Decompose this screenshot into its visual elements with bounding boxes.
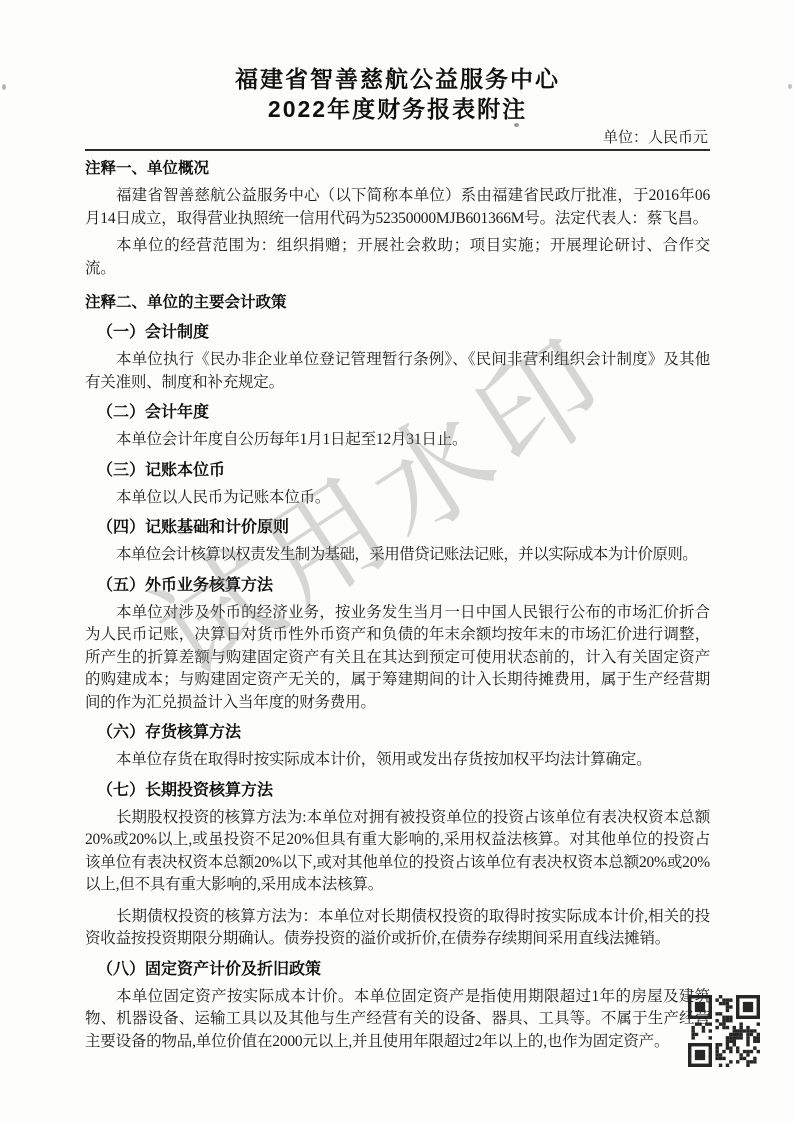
- note1-paragraph: 福建省智善慈航公益服务中心（以下简称本单位）系由福建省民政厅批准，于2016年0…: [85, 185, 710, 230]
- note2-item-3-paragraph: 本单位以人民币为记账本位币。: [85, 487, 710, 510]
- document-page: 福建省智善慈航公益服务中心 2022年度财务报表附注 单位：人民币元 注释一、单…: [0, 0, 794, 1122]
- note1-paragraph: 本单位的经营范围为：组织捐赠；开展社会救助；项目实施；开展理论研讨、合作交流。: [85, 235, 710, 280]
- note2-item-4-paragraph: 本单位会计核算以权责发生制为基础，采用借贷记账法记账，并以实际成本为计价原则。: [85, 544, 710, 567]
- note2-item-3-title: （三）记账本位币: [97, 460, 710, 482]
- qr-code: [688, 995, 760, 1067]
- unit-label: 单位：人民币元: [603, 130, 708, 146]
- note2-item-1-title: （一）会计制度: [97, 322, 710, 344]
- document-body: 注释一、单位概况 福建省智善慈航公益服务中心（以下简称本单位）系由福建省民政厅批…: [85, 158, 710, 1053]
- note2-item-5-title: （五）外币业务核算方法: [97, 575, 710, 597]
- note2-item-2-paragraph: 本单位会计年度自公历每年1月1日起至12月31日止。: [85, 429, 710, 452]
- note2-item-7-title: （七）长期投资核算方法: [97, 780, 710, 802]
- document-title-line1: 福建省智善慈航公益服务中心: [85, 64, 710, 94]
- note2-item-1-paragraph: 本单位执行《民办非企业单位登记管理暂行条例》、《民间非营利组织会计制度》及其他有…: [85, 349, 710, 394]
- document-title-line2: 2022年度财务报表附注: [85, 94, 710, 124]
- note2-item-6-paragraph: 本单位存货在取得时按实际成本计价，领用或发出存货按加权平均法计算确定。: [85, 749, 710, 772]
- note2-item-6-title: （六）存货核算方法: [97, 722, 710, 744]
- note2-item-4-title: （四）记账基础和计价原则: [97, 517, 710, 539]
- note2-item-7-paragraph: 长期股权投资的核算方法为:本单位对拥有被投资单位的投资占该单位有表决权资本总额2…: [85, 807, 710, 897]
- note2-item-7-paragraph: 长期债权投资的核算方法为：本单位对长期债权投资的取得时按实际成本计价,相关的投资…: [85, 906, 710, 951]
- note2-item-5-paragraph: 本单位对涉及外币的经济业务，按业务发生当月一日中国人民银行公布的市场汇价折合为人…: [85, 602, 710, 715]
- note2-item-8-paragraph: 本单位固定资产按实际成本计价。本单位固定资产是指使用期限超过1年的房屋及建筑物、…: [85, 986, 710, 1054]
- note2-heading: 注释二、单位的主要会计政策: [85, 292, 710, 314]
- unit-label-row: 单位：人民币元: [85, 126, 710, 151]
- note2-item-2-title: （二）会计年度: [97, 402, 710, 424]
- note2-item-8-title: （八）固定资产计价及折旧政策: [97, 959, 710, 981]
- note1-heading: 注释一、单位概况: [85, 158, 710, 180]
- document-content: 福建省智善慈航公益服务中心 2022年度财务报表附注 单位：人民币元 注释一、单…: [0, 0, 794, 1053]
